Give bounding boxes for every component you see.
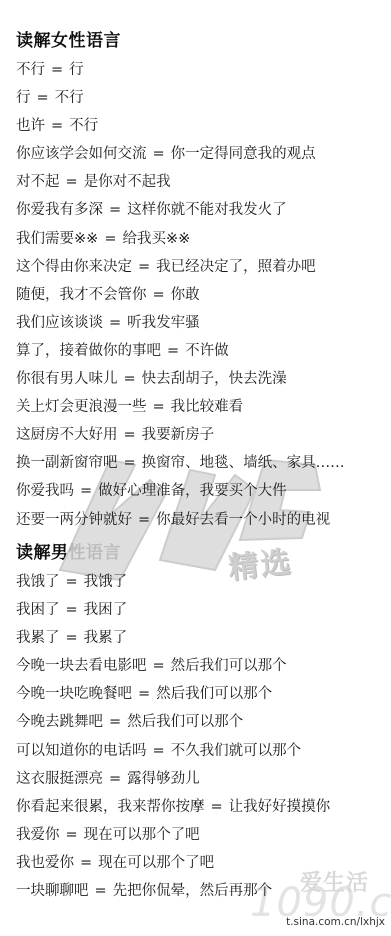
entry-says: 你很有男人味儿 xyxy=(16,371,118,387)
equals-sign: = xyxy=(103,708,127,736)
equals-sign: = xyxy=(147,281,171,309)
entry-says: 行 xyxy=(16,90,31,106)
entry-says: 你爱我有多深 xyxy=(16,202,103,218)
equals-sign: = xyxy=(147,140,171,168)
entry-says: 随便，我才不会管你 xyxy=(16,287,147,303)
entry-means: 不许做 xyxy=(185,343,229,359)
entry-row: 你看起来很累，我来帮你按摩=让我好好摸摸你 xyxy=(16,793,391,821)
equals-sign: = xyxy=(74,849,98,877)
entry-says: 我困了 xyxy=(16,602,60,618)
equals-sign: = xyxy=(132,253,156,281)
equals-sign: = xyxy=(147,652,171,680)
entry-says: 我们应该谈谈 xyxy=(16,315,103,331)
entry-row: 这厨房不大好用=我要新房子 xyxy=(16,421,391,449)
entry-says: 对不起 xyxy=(16,174,60,190)
entry-row: 一块聊聊吧=先把你侃晕，然后再那个 xyxy=(16,877,391,905)
entry-says: 一块聊聊吧 xyxy=(16,883,89,899)
equals-sign: = xyxy=(74,477,98,505)
entry-row: 可以知道你的电话吗=不久我们就可以那个 xyxy=(16,737,391,765)
equals-sign: = xyxy=(45,56,69,84)
equals-sign: = xyxy=(31,84,55,112)
entry-means: 行 xyxy=(69,62,84,78)
entry-means: 听我发牢骚 xyxy=(127,315,200,331)
entry-row: 你爱我吗=做好心理准备，我要买个大件 xyxy=(16,477,391,505)
entry-row: 随便，我才不会管你=你敢 xyxy=(16,281,391,309)
entry-means: 然后我们可以那个 xyxy=(171,658,287,674)
equals-sign: = xyxy=(147,393,171,421)
entry-means: 你最好去看一个小时的电视 xyxy=(156,512,330,528)
entry-says: 你看起来很累，我来帮你按摩 xyxy=(16,799,205,815)
equals-sign: = xyxy=(205,793,229,821)
equals-sign: = xyxy=(132,506,156,534)
equals-sign: = xyxy=(60,596,84,624)
entry-row: 我们应该谈谈=听我发牢骚 xyxy=(16,309,391,337)
joke-page: 精选 1090.com 爱生活 读解女性语言 不行=行行=不行也许=不行你应该学… xyxy=(0,0,391,936)
entry-means: 然后我们可以那个 xyxy=(156,686,272,702)
female-entry-list: 不行=行行=不行也许=不行你应该学会如何交流=你一定得同意我的观点对不起=是你对… xyxy=(16,56,391,534)
entry-says: 换一副新窗帘吧 xyxy=(16,455,118,471)
entry-says: 这厨房不大好用 xyxy=(16,427,118,443)
equals-sign: = xyxy=(132,680,156,708)
entry-row: 这个得由你来决定=我已经决定了，照着办吧 xyxy=(16,253,391,281)
entry-row: 今晚一块去看电影吧=然后我们可以那个 xyxy=(16,652,391,680)
entry-means: 你一定得同意我的观点 xyxy=(171,146,316,162)
entry-means: 我要新房子 xyxy=(142,427,215,443)
source-credit: t.sina.com.cn/lxhjx xyxy=(286,916,385,928)
entry-row: 我爱你=现在可以那个了吧 xyxy=(16,821,391,849)
entry-means: 现在可以那个了吧 xyxy=(84,827,200,843)
entry-means: 不久我们就可以那个 xyxy=(171,743,302,759)
entry-says: 你应该学会如何交流 xyxy=(16,146,147,162)
entry-means: 这样你就不能对我发火了 xyxy=(127,202,287,218)
entry-means: 我比较难看 xyxy=(171,399,244,415)
equals-sign: = xyxy=(98,225,122,253)
entry-row: 我也爱你=现在可以那个了吧 xyxy=(16,849,391,877)
entry-row: 我们需要※※=给我买※※ xyxy=(16,225,391,253)
entry-row: 你应该学会如何交流=你一定得同意我的观点 xyxy=(16,140,391,168)
entry-means: 让我好好摸摸你 xyxy=(229,799,331,815)
entry-means: 给我买※※ xyxy=(122,231,190,247)
equals-sign: = xyxy=(60,624,84,652)
entry-says: 我饿了 xyxy=(16,574,60,590)
entry-row: 你很有男人味儿=快去刮胡子，快去洗澡 xyxy=(16,365,391,393)
equals-sign: = xyxy=(118,421,142,449)
entry-says: 算了，接着做你的事吧 xyxy=(16,343,161,359)
entry-says: 你爱我吗 xyxy=(16,483,74,499)
section-title-male: 读解男性语言 xyxy=(16,538,391,568)
entry-row: 对不起=是你对不起我 xyxy=(16,168,391,196)
male-language-section: 读解男性语言 我饿了=我饿了我困了=我困了我累了=我累了今晚一块去看电影吧=然后… xyxy=(16,538,391,905)
entry-means: 不行 xyxy=(55,90,84,106)
entry-means: 然后我们可以那个 xyxy=(127,714,243,730)
male-entry-list: 我饿了=我饿了我困了=我困了我累了=我累了今晚一块去看电影吧=然后我们可以那个今… xyxy=(16,568,391,905)
entry-means: 先把你侃晕，然后再那个 xyxy=(113,883,273,899)
entry-means: 快去刮胡子，快去洗澡 xyxy=(142,371,287,387)
equals-sign: = xyxy=(103,309,127,337)
entry-row: 我饿了=我饿了 xyxy=(16,568,391,596)
entry-means: 做好心理准备，我要买个大件 xyxy=(98,483,287,499)
entry-row: 行=不行 xyxy=(16,84,391,112)
entry-means: 我累了 xyxy=(84,630,128,646)
entry-means: 是你对不起我 xyxy=(84,174,171,190)
equals-sign: = xyxy=(45,112,69,140)
equals-sign: = xyxy=(60,821,84,849)
equals-sign: = xyxy=(103,765,127,793)
entry-says: 今晚一块去看电影吧 xyxy=(16,658,147,674)
entry-row: 也许=不行 xyxy=(16,112,391,140)
section-title-female: 读解女性语言 xyxy=(16,26,391,56)
entry-row: 今晚去跳舞吧=然后我们可以那个 xyxy=(16,708,391,736)
entry-means: 你敢 xyxy=(171,287,200,303)
equals-sign: = xyxy=(60,168,84,196)
entry-row: 关上灯会更浪漫一些=我比较难看 xyxy=(16,393,391,421)
entry-means: 我困了 xyxy=(84,602,128,618)
entry-means: 露得够劲儿 xyxy=(127,771,200,787)
female-language-section: 读解女性语言 不行=行行=不行也许=不行你应该学会如何交流=你一定得同意我的观点… xyxy=(16,26,391,534)
equals-sign: = xyxy=(118,449,142,477)
entry-row: 不行=行 xyxy=(16,56,391,84)
equals-sign: = xyxy=(89,877,113,905)
entry-row: 换一副新窗帘吧=换窗帘、地毯、墙纸、家具…… xyxy=(16,449,391,477)
equals-sign: = xyxy=(103,196,127,224)
entry-row: 算了，接着做你的事吧=不许做 xyxy=(16,337,391,365)
entry-means: 我已经决定了，照着办吧 xyxy=(156,259,316,275)
entry-means: 不行 xyxy=(69,118,98,134)
entry-says: 还要一两分钟就好 xyxy=(16,512,132,528)
entry-row: 今晚一块吃晚餐吧=然后我们可以那个 xyxy=(16,680,391,708)
entry-row: 还要一两分钟就好=你最好去看一个小时的电视 xyxy=(16,506,391,534)
entry-says: 不行 xyxy=(16,62,45,78)
entry-row: 我累了=我累了 xyxy=(16,624,391,652)
entry-says: 我累了 xyxy=(16,630,60,646)
entry-says: 我爱你 xyxy=(16,827,60,843)
entry-says: 我们需要※※ xyxy=(16,231,98,247)
entry-says: 关上灯会更浪漫一些 xyxy=(16,399,147,415)
entry-says: 可以知道你的电话吗 xyxy=(16,743,147,759)
equals-sign: = xyxy=(161,337,185,365)
entry-says: 我也爱你 xyxy=(16,855,74,871)
entry-row: 你爱我有多深=这样你就不能对我发火了 xyxy=(16,196,391,224)
entry-says: 这衣服挺漂亮 xyxy=(16,771,103,787)
entry-says: 这个得由你来决定 xyxy=(16,259,132,275)
equals-sign: = xyxy=(118,365,142,393)
entry-row: 这衣服挺漂亮=露得够劲儿 xyxy=(16,765,391,793)
entry-row: 我困了=我困了 xyxy=(16,596,391,624)
entry-means: 换窗帘、地毯、墙纸、家具…… xyxy=(142,455,345,471)
entry-says: 今晚一块吃晚餐吧 xyxy=(16,686,132,702)
equals-sign: = xyxy=(60,568,84,596)
entry-means: 现在可以那个了吧 xyxy=(98,855,214,871)
equals-sign: = xyxy=(147,737,171,765)
entry-says: 也许 xyxy=(16,118,45,134)
entry-means: 我饿了 xyxy=(84,574,128,590)
entry-says: 今晚去跳舞吧 xyxy=(16,714,103,730)
